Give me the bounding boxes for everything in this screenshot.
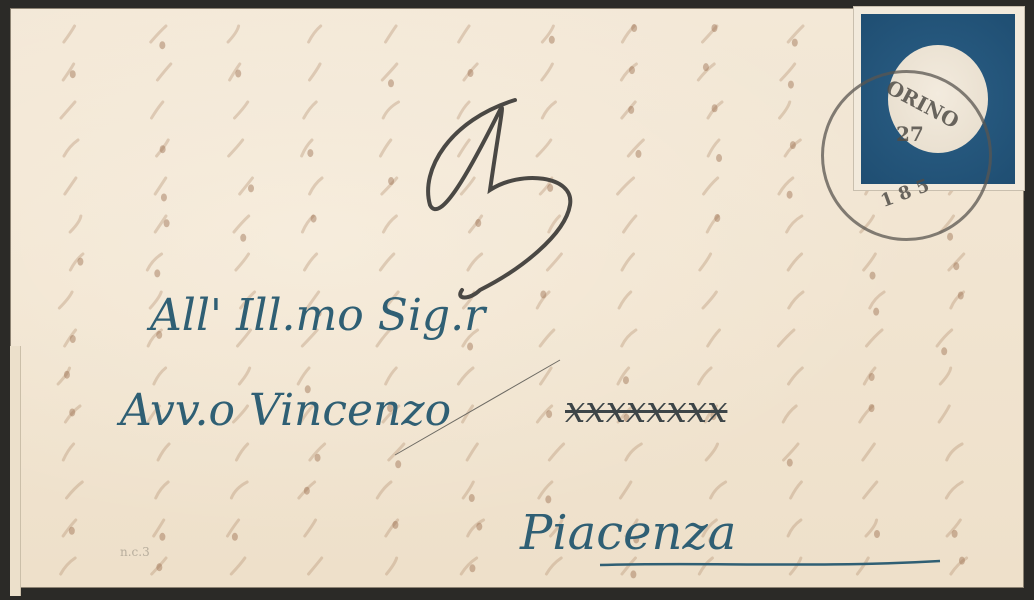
address-line-2: Avv.o Vincenzo bbox=[120, 385, 451, 436]
address-line-1: All' Ill.mo Sig.r bbox=[150, 290, 485, 341]
pencil-note: n.c.3 bbox=[120, 545, 150, 559]
address-underline bbox=[600, 561, 940, 565]
address-struck-name: xxxxxxxx bbox=[565, 390, 727, 431]
manuscript-b-mark bbox=[428, 100, 570, 298]
address-city: Piacenza bbox=[520, 505, 736, 561]
